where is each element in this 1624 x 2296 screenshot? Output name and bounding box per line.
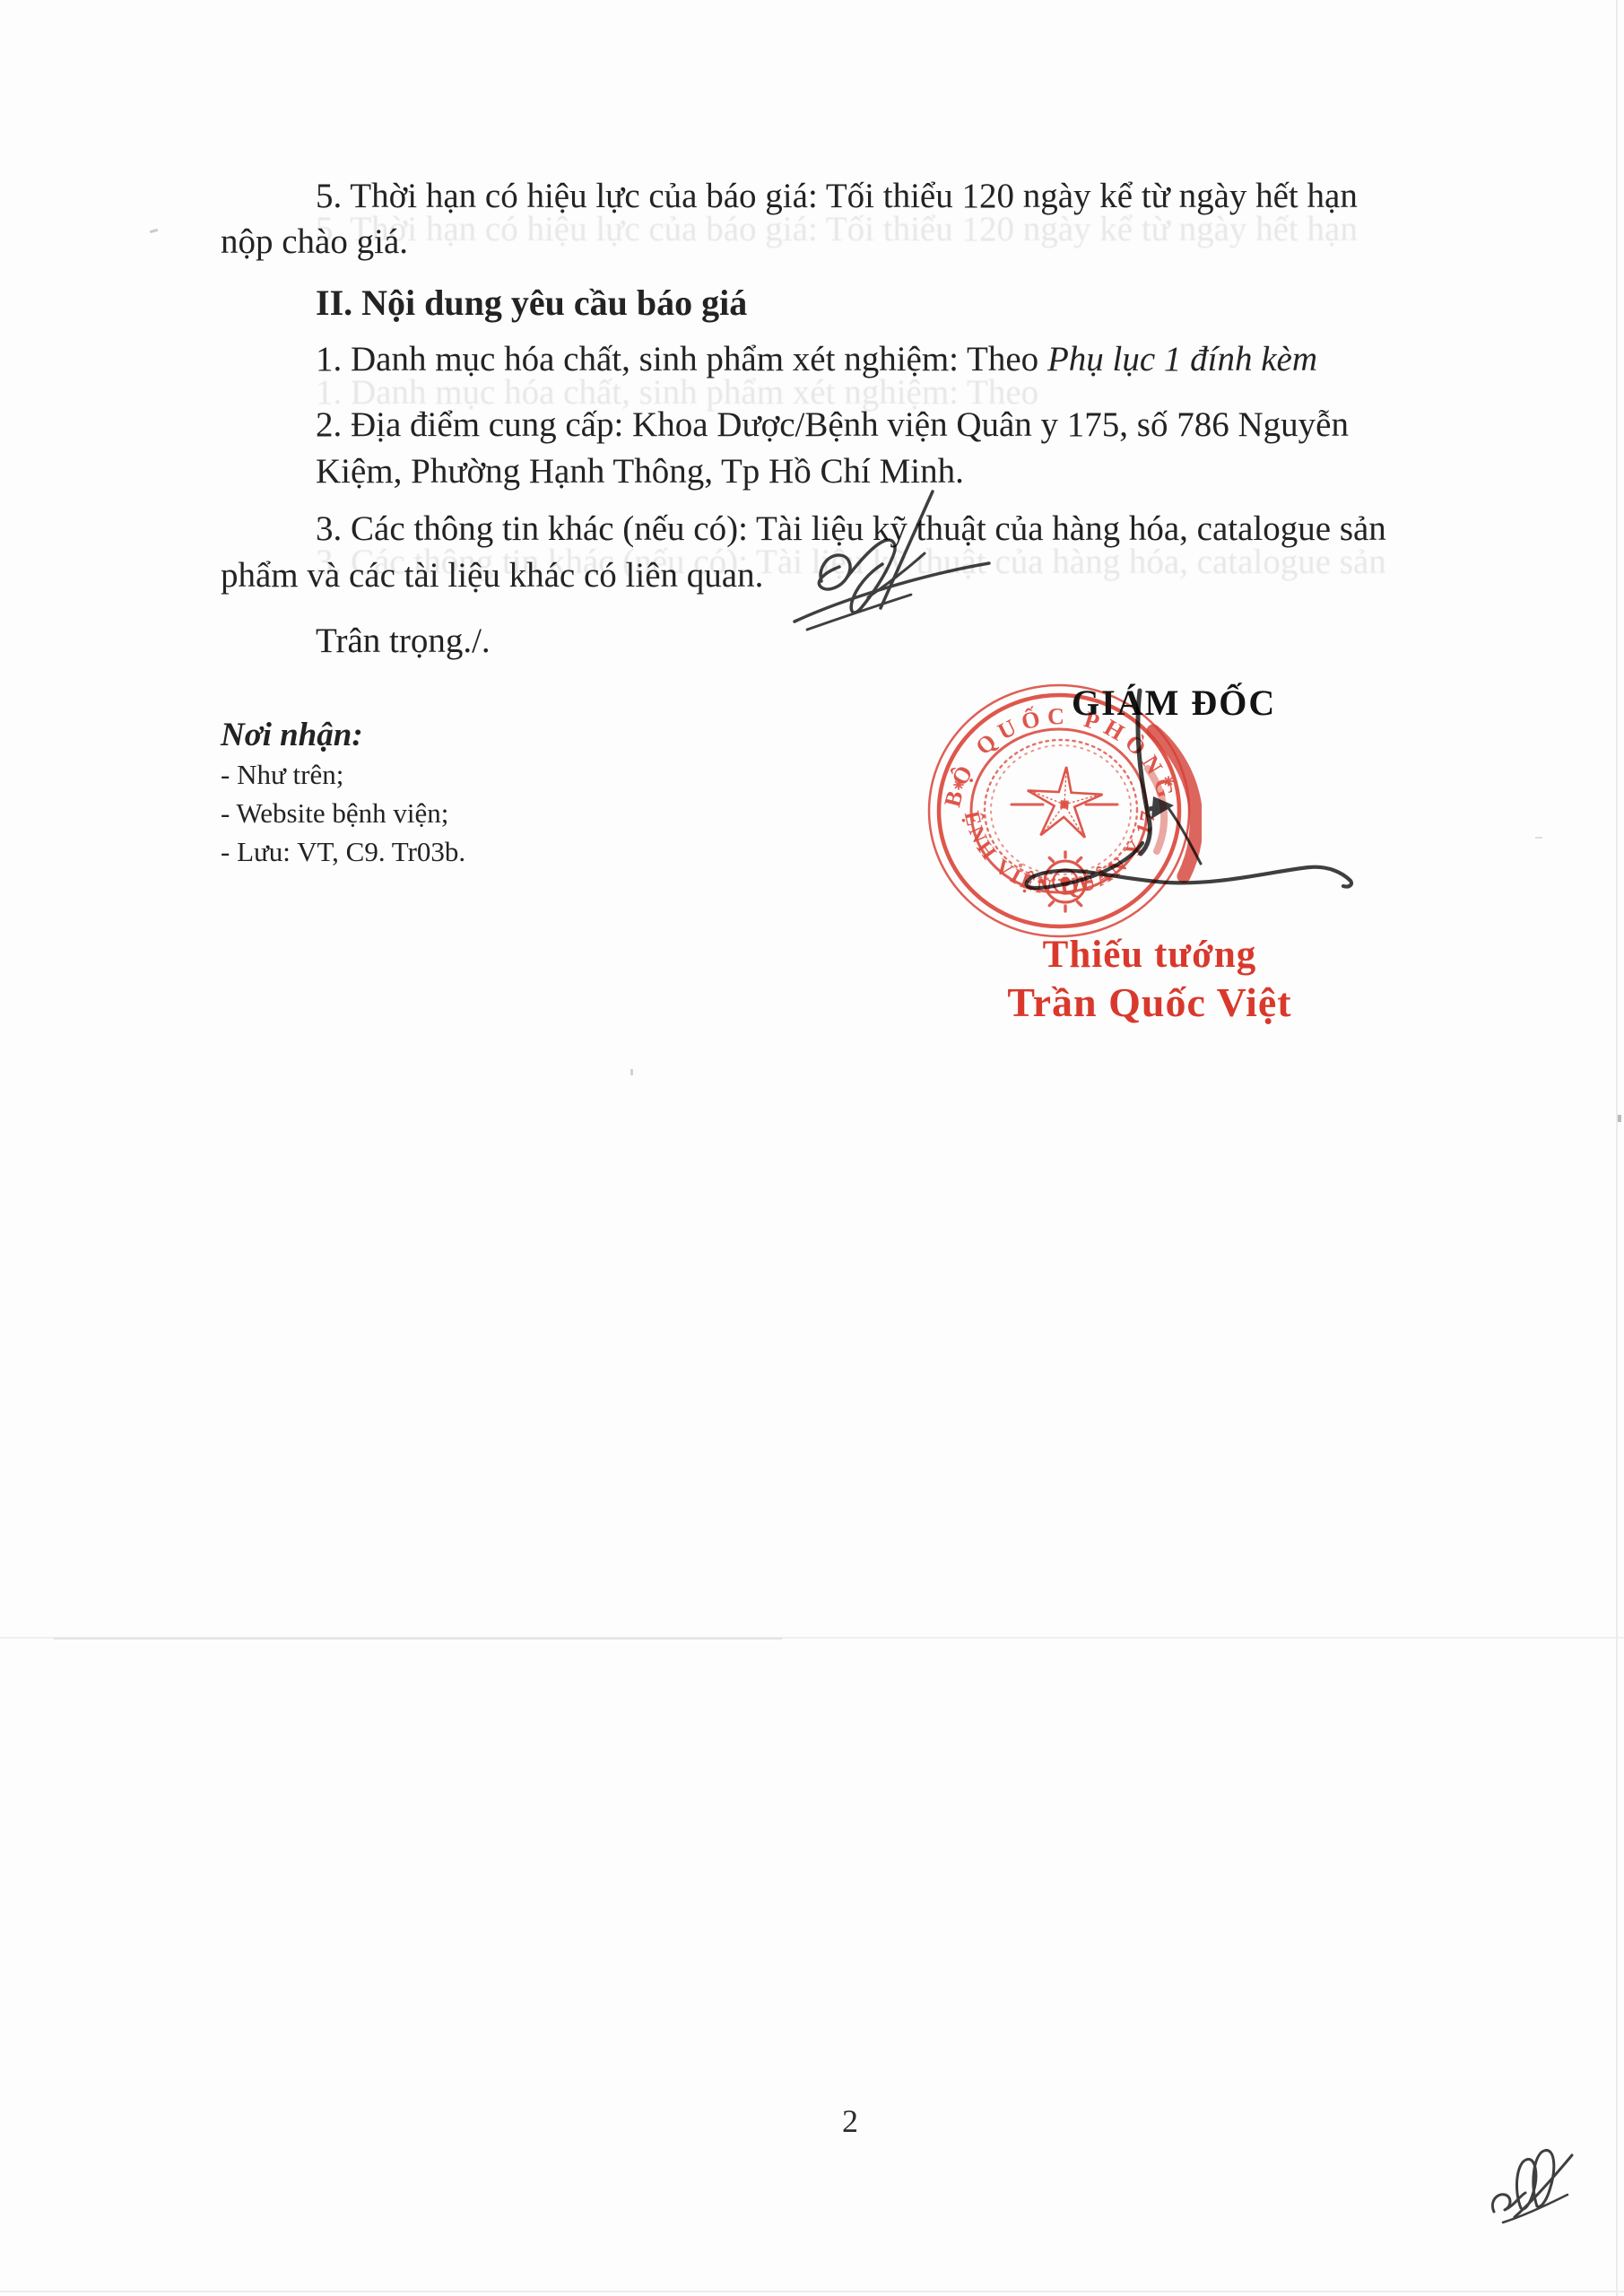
handwritten-ink-layer — [0, 0, 1624, 2296]
corner-initials-signature — [1492, 2151, 1572, 2222]
director-signature — [1027, 691, 1351, 888]
document-page: 5. Thời hạn có hiệu lực của báo giá: Tối… — [0, 0, 1624, 2296]
paraph-initials-signature — [795, 491, 989, 630]
